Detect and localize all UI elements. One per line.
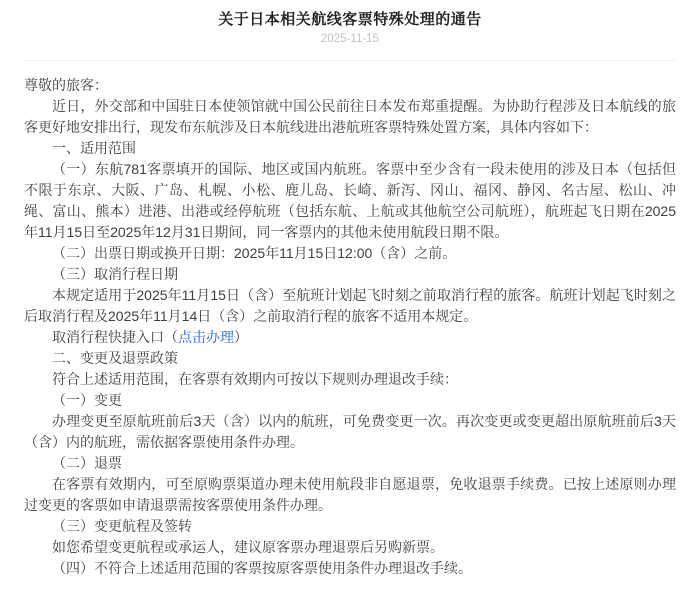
section2-intro: 符合上述适用范围，在客票有效期内可按以下规则办理退改手续： — [24, 369, 676, 390]
page-title: 关于日本相关航线客票特殊处理的通告 — [0, 10, 700, 30]
section2-item1-body: 办理变更至原航班前后3天（含）以内的航班，可免费变更一次。再次变更或变更超出原航… — [24, 411, 676, 453]
paragraph-intro: 近日，外交部和中国驻日本使领馆就中国公民前往日本发布郑重提醒。为协助行程涉及日本… — [24, 96, 676, 138]
cancel-shortcut-prefix: 取消行程快捷入口（ — [52, 329, 178, 345]
section1-item2-ticket-date: （二）出票日期或换开日期：2025年11月15日12:00（含）之前。 — [24, 243, 676, 264]
header-divider — [24, 60, 676, 61]
section2-item1-heading: （一）变更 — [24, 390, 676, 411]
section2-item3-heading: （三）变更航程及签转 — [24, 516, 676, 537]
section2-item4: （四）不符合上述适用范围的客票按原客票使用条件办理退改手续。 — [24, 558, 676, 579]
paragraph-greeting: 尊敬的旅客： — [24, 75, 676, 96]
paragraph-cancel-shortcut: 取消行程快捷入口（点击办理） — [24, 327, 676, 348]
cancel-shortcut-suffix: ） — [234, 329, 248, 345]
notice-page: 关于日本相关航线客票特殊处理的通告 2025-11-15 尊敬的旅客： 近日，外… — [0, 0, 700, 596]
section1-heading: 一、适用范围 — [24, 138, 676, 159]
section2-heading: 二、变更及退票政策 — [24, 348, 676, 369]
section2-item2-heading: （二）退票 — [24, 453, 676, 474]
section2-item2-body: 在客票有效期内，可至原购票渠道办理未使用航段非自愿退票，免收退票手续费。已按上述… — [24, 474, 676, 516]
section1-item1-scope: （一）东航781客票填开的国际、地区或国内航班。客票中至少含有一段未使用的涉及日… — [24, 159, 676, 243]
section1-item3-body: 本规定适用于2025年11月15日（含）至航班计划起飞时刻之前取消行程的旅客。航… — [24, 285, 676, 327]
publish-date: 2025-11-15 — [0, 32, 700, 46]
notice-header: 关于日本相关航线客票特殊处理的通告 2025-11-15 — [0, 0, 700, 46]
section1-item3-heading: （三）取消行程日期 — [24, 264, 676, 285]
section2-item3-body: 如您希望变更航程或承运人，建议原客票办理退票后另购新票。 — [24, 537, 676, 558]
notice-body: 尊敬的旅客： 近日，外交部和中国驻日本使领馆就中国公民前往日本发布郑重提醒。为协… — [24, 75, 676, 579]
cancel-trip-link[interactable]: 点击办理 — [178, 329, 234, 345]
